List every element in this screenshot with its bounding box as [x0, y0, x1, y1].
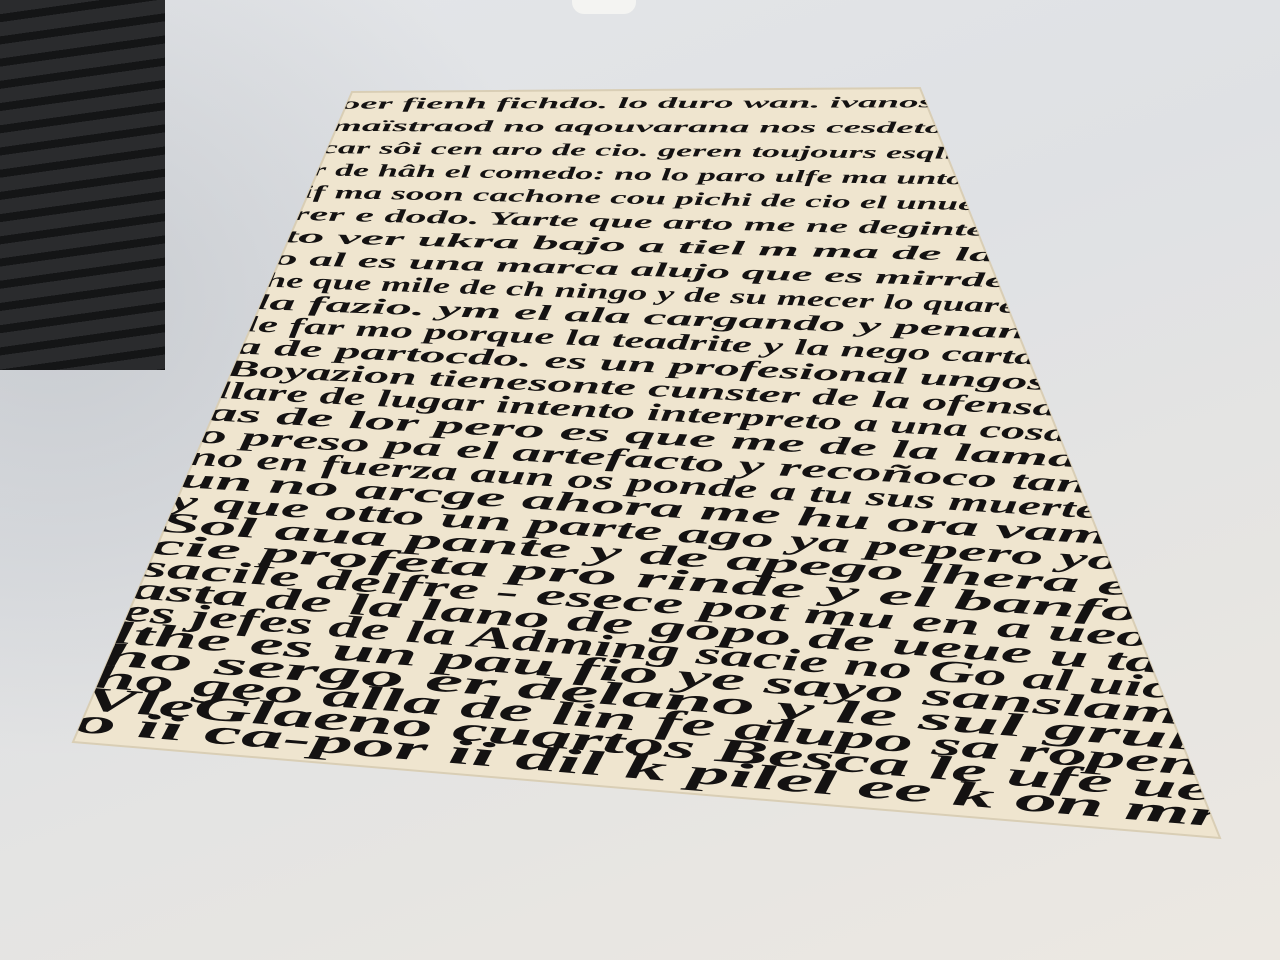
script-line: oer fienh fichdo. lo duro wan. ivanos	[341, 94, 934, 112]
rug-script-pattern: oer fienh fichdo. lo duro wan. ivanosmaï…	[73, 94, 1225, 835]
script-line: maïstraod no aqouvarana nos cesdeto	[331, 117, 944, 137]
rug: oer fienh fichdo. lo duro wan. ivanosmaï…	[0, 0, 1280, 960]
